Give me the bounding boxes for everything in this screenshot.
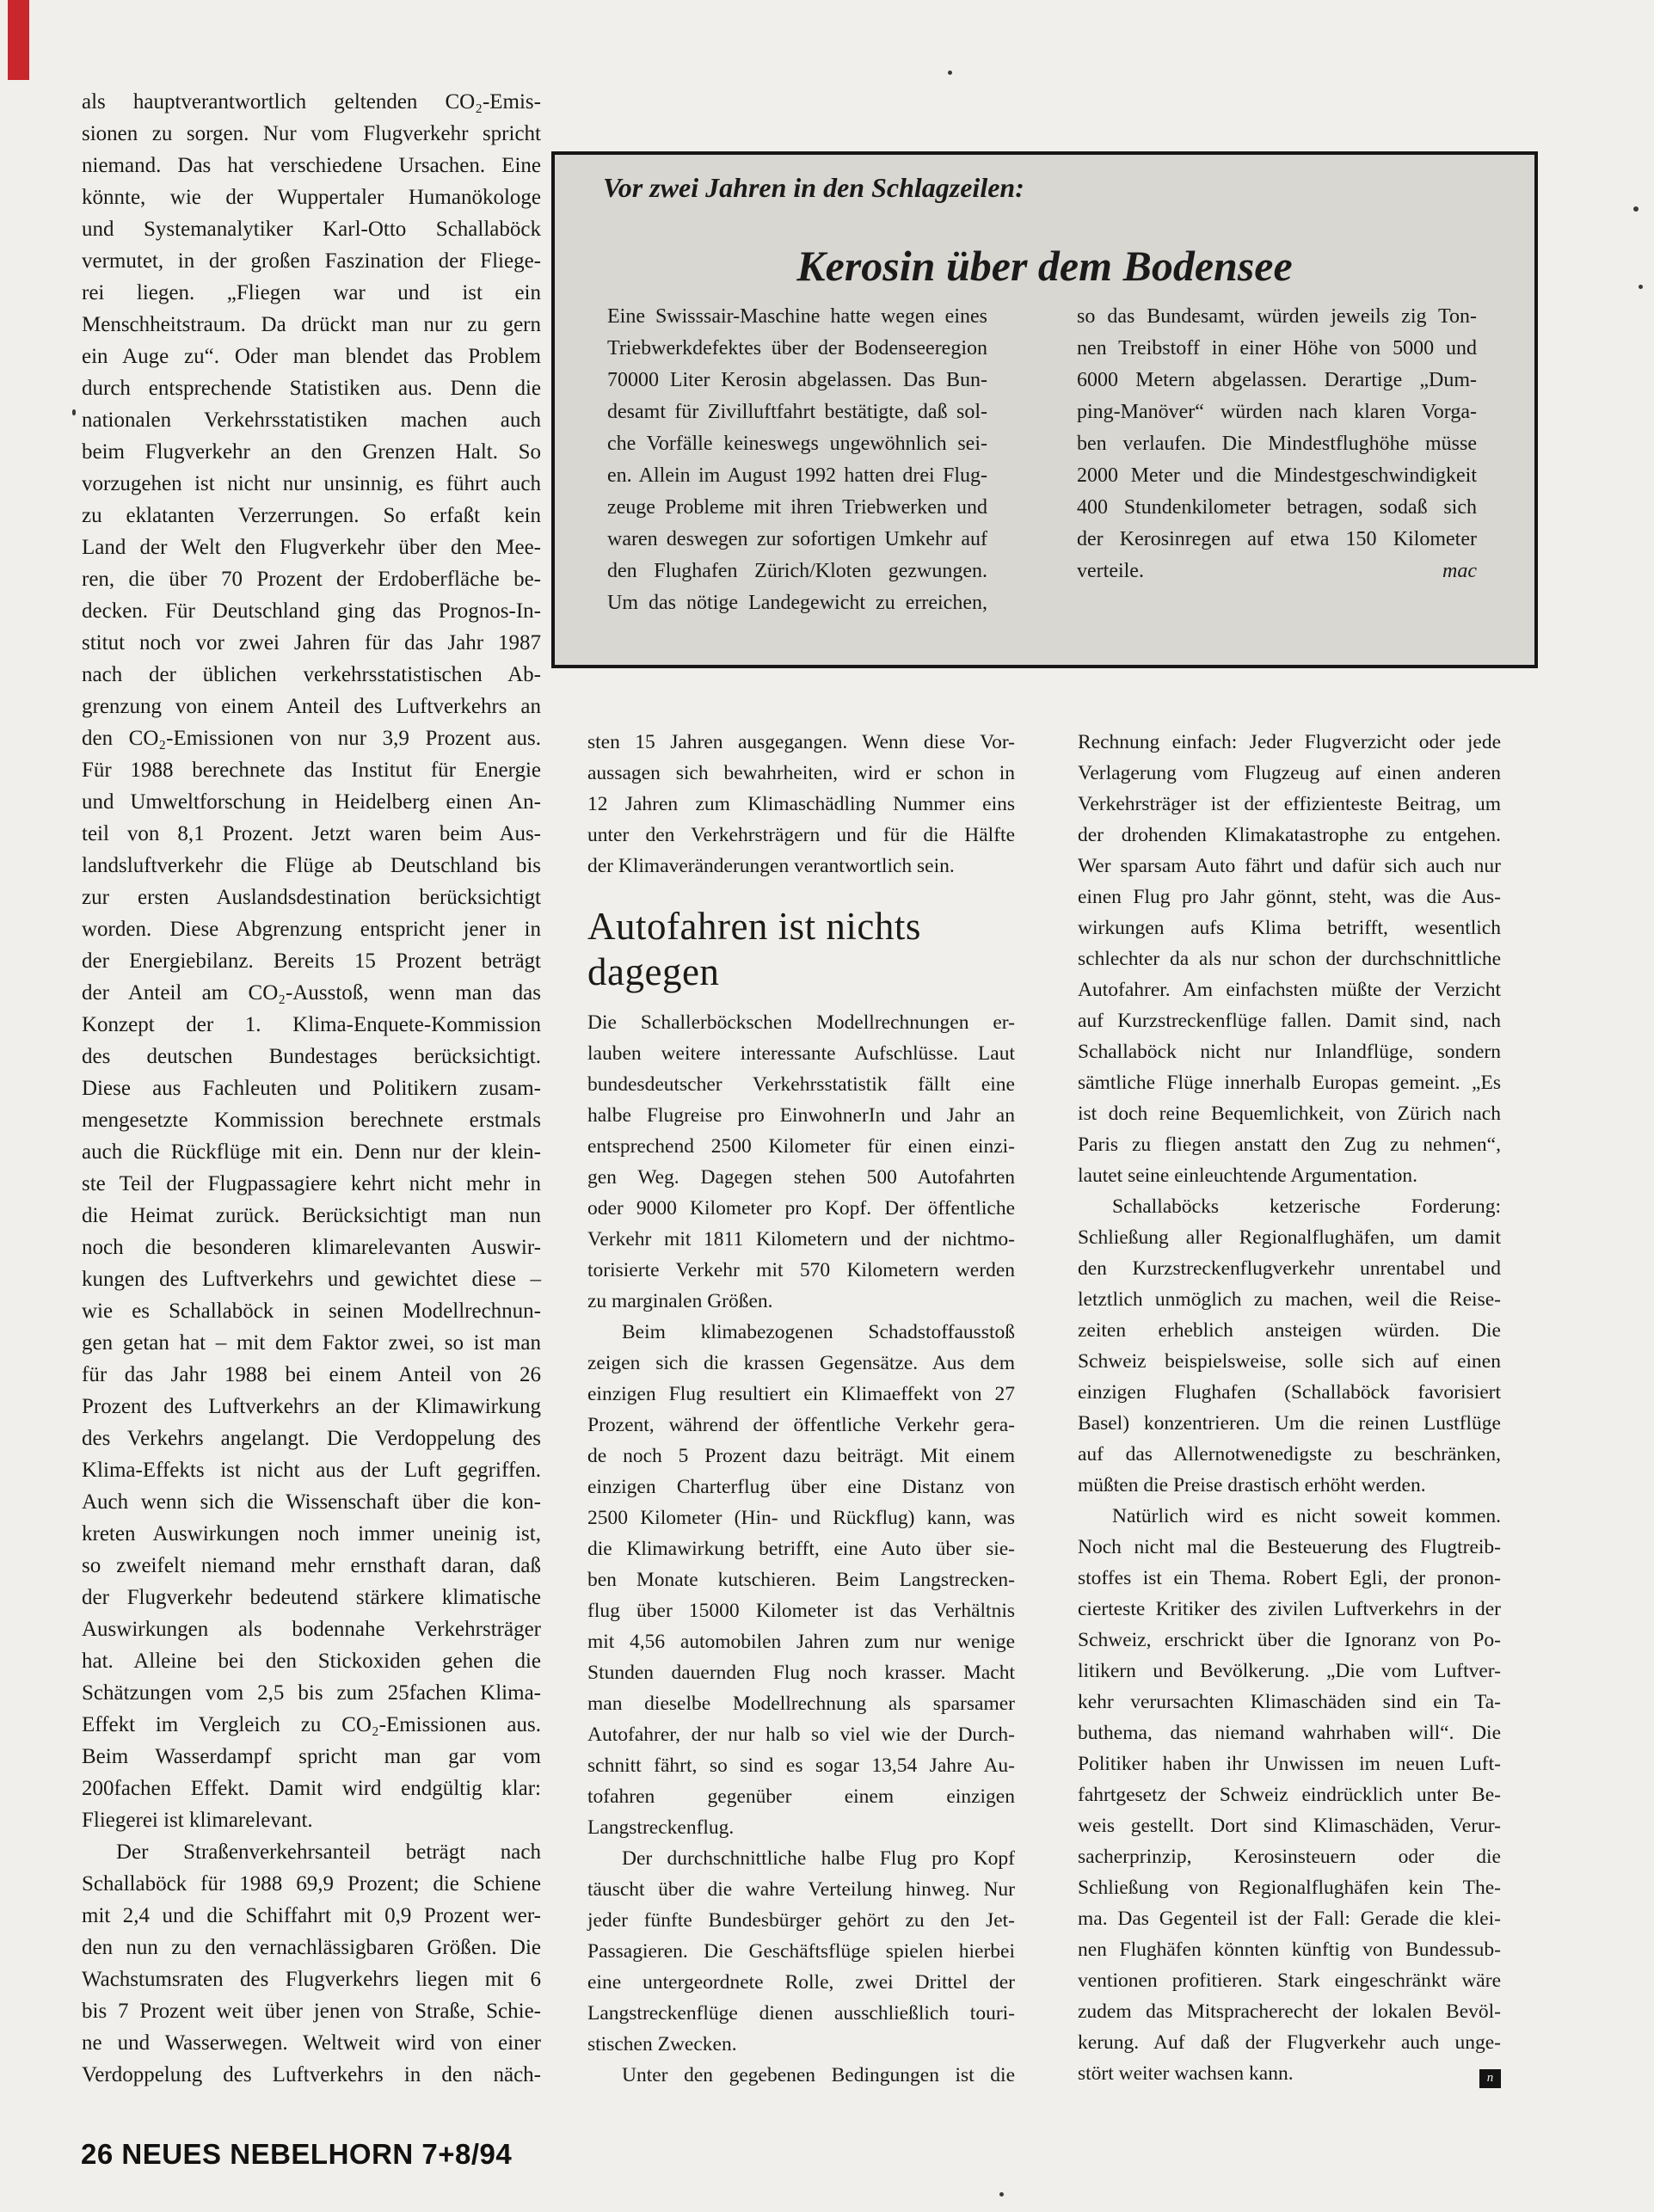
section-heading: Autofahren ist nichts dagegen (587, 904, 1015, 995)
text-line: müßten die Preise drastisch erhöht werde… (1078, 1470, 1501, 1501)
text-line: ste Teil der Flugpassagiere kehrt nicht … (82, 1168, 541, 1200)
text-line: Fliegerei ist klimarelevant. (82, 1804, 541, 1836)
text-line: eine untergeordnete Rolle, zwei Drittel … (587, 1967, 1015, 1998)
text-line: ping-Manöver“ würden nach klaren Vorga- (1077, 396, 1477, 428)
text-line: zeigen sich die krassen Gegensätze. Aus … (587, 1348, 1015, 1379)
text-line: grenzung von einem Anteil des Luftverkeh… (82, 691, 541, 722)
text-line: tofahren gegenüber einem einzigen (587, 1781, 1015, 1812)
middle-column: sten 15 Jahren ausgegangen. Wenn diese V… (587, 727, 1015, 2091)
text-line: kerung. Auf daß der Flugverkehr auch ung… (1078, 2027, 1501, 2058)
text-line: Triebwerkdefektes über der Bodenseeregio… (607, 333, 987, 365)
text-line: Prozent des Luftverkehrs an der Klimawir… (82, 1391, 541, 1422)
text-line: nach der üblichen verkehrsstatistischen … (82, 659, 541, 691)
text-line: Der durchschnittliche halbe Flug pro Kop… (587, 1843, 1015, 1874)
text-line: stoffes ist ein Thema. Robert Egli, der … (1078, 1563, 1501, 1594)
text-line: auf Kurzstreckenflüge fallen. Damit sind… (1078, 1005, 1501, 1036)
text-line: worden. Diese Abgrenzung entspricht jene… (82, 913, 541, 945)
text-line: und Umweltforschung in Heidelberg einen … (82, 786, 541, 818)
text-line: litikern und Bevölkerung. „Die vom Luftv… (1078, 1656, 1501, 1687)
text-line: Auswirkungen als bodennahe Verkehrsträge… (82, 1613, 541, 1645)
text-line: Autofahrer, der nur halb so viel wie der… (587, 1719, 1015, 1750)
left-column: als hauptverantwortlich geltenden CO₂-Em… (82, 86, 541, 2091)
text-line: ein Auge zu“. Oder man blendet das Probl… (82, 341, 541, 372)
text-line: Prozent, während der öffentliche Verkehr… (587, 1410, 1015, 1441)
text-line: Autofahrer. Am einfachsten müßte der Ver… (1078, 974, 1501, 1005)
scan-speck (72, 409, 76, 415)
text-line: den Kurzstreckenflugverkehr unrentabel u… (1078, 1253, 1501, 1284)
text-line: Der Straßenverkehrsanteil beträgt nach (82, 1836, 541, 1868)
text-line: zeiten erheblich ansteigen würden. Die (1078, 1315, 1501, 1346)
scan-speck (999, 2192, 1004, 2197)
text-line: unter den Verkehrsträgern und für die Hä… (587, 820, 1015, 851)
text-line: einzigen Flughafen (Schallaböck favorisi… (1078, 1377, 1501, 1408)
right-column: Rechnung einfach: Jeder Flugverzicht ode… (1078, 727, 1501, 2089)
text-line: kehr verursachten Klimaschäden sind ein … (1078, 1687, 1501, 1717)
text-line: fahrtgesetz der Schweiz eindrücklich unt… (1078, 1779, 1501, 1810)
text-line: zu eklatanten Verzerrungen. So erfaßt ke… (82, 500, 541, 531)
text-line: 70000 Liter Kerosin abgelassen. Das Bun- (607, 365, 987, 396)
left-column-paragraph-2: Der Straßenverkehrsanteil beträgt nachSc… (82, 1836, 541, 2091)
box-last-line: verteile. mac (1077, 556, 1477, 587)
text-line: 12 Jahren zum Klimaschädling Nummer eins (587, 789, 1015, 820)
text-line: nen Flughäfen könnten künftig von Bundes… (1078, 1934, 1501, 1965)
text-line: mengesetzte Kommission berechnete erstma… (82, 1104, 541, 1136)
middle-paragraph-4: Der durchschnittliche halbe Flug pro Kop… (587, 1843, 1015, 2060)
text-line: entsprechend 2500 Kilometer für einen ei… (587, 1131, 1015, 1162)
text-line: Beim klimabezogenen Schadstoffausstoß (587, 1317, 1015, 1348)
text-line: die Klimawirkung betrifft, eine Auto übe… (587, 1533, 1015, 1564)
text-line: halbe Flugreise pro EinwohnerIn und Jahr… (587, 1100, 1015, 1131)
text-line: Wer sparsam Auto fährt und dafür sich au… (1078, 851, 1501, 882)
text-line: auch die Rückflüge mit ein. Denn nur der… (82, 1136, 541, 1168)
text-line: so zweifelt niemand mehr ernsthaft daran… (82, 1550, 541, 1582)
box-title: Kerosin über dem Bodensee (555, 241, 1534, 291)
text-line: zur ersten Auslandsdestination berücksic… (82, 882, 541, 913)
text-line: ben verlaufen. Die Mindestflughöhe müsse (1077, 428, 1477, 460)
text-line: schnitt fährt, so sind es sogar 13,54 Ja… (587, 1750, 1015, 1781)
text-line: 200fachen Effekt. Damit wird endgültig k… (82, 1773, 541, 1804)
text-line: sten 15 Jahren ausgegangen. Wenn diese V… (587, 727, 1015, 758)
text-line: Verdoppelung des Luftverkehrs in den näc… (82, 2059, 541, 2091)
text-line: bundesdeutscher Verkehrsstatistik fällt … (587, 1069, 1015, 1100)
section-heading-line-1: Autofahren ist nichts (587, 904, 1015, 949)
text-line: 400 Stundenkilometer betragen, sodaß sic… (1077, 492, 1477, 524)
text-line: letztlich unmöglich zu machen, weil die … (1078, 1284, 1501, 1315)
text-line: torisierte Verkehr mit 570 Kilometern we… (587, 1255, 1015, 1286)
text-line: che Vorfälle keineswegs ungewöhnlich sei… (607, 428, 987, 460)
text-line: Paris zu fliegen anstatt den Zug zu nehm… (1078, 1129, 1501, 1160)
text-line: der drohenden Klimakatastrophe zu entgeh… (1078, 820, 1501, 851)
text-line: mit 2,4 und die Schiffahrt mit 0,9 Proze… (82, 1900, 541, 1932)
article-last-words: stört weiter wachsen kann. (1078, 2058, 1294, 2089)
text-line: die Heimat zurück. Berücksichtigt man nu… (82, 1200, 541, 1232)
text-line: 2500 Kilometer (Hin- und Rückflug) kann,… (587, 1502, 1015, 1533)
text-line: Unter den gegebenen Bedingungen ist die (587, 2060, 1015, 2091)
text-line: desamt für Zivilluftfahrt bestätigte, da… (607, 396, 987, 428)
nebelhorn-end-mark-icon: n (1479, 2069, 1501, 2088)
text-line: de noch 5 Prozent dazu beiträgt. Mit ein… (587, 1441, 1015, 1472)
text-line: so das Bundesamt, würden jeweils zig Ton… (1077, 301, 1477, 333)
text-line: flug über 15000 Kilometer ist das Verhäl… (587, 1595, 1015, 1626)
text-line: stischen Zwecken. (587, 2029, 1015, 2060)
text-line: ne und Wasserwegen. Weltweit wird von ei… (82, 2027, 541, 2059)
text-line: lautet seine einleuchtende Argumentation… (1078, 1160, 1501, 1191)
text-line: der Energiebilanz. Bereits 15 Prozent be… (82, 945, 541, 977)
box-column-2-text: so das Bundesamt, würden jeweils zig Ton… (1077, 301, 1477, 556)
right-paragraph-3: Natürlich wird es nicht soweit kommen.No… (1078, 1501, 1501, 2058)
text-line: buthema, das niemand wahrhaben will“. Di… (1078, 1717, 1501, 1748)
text-line: rei liegen. „Fliegen war und ist ein (82, 277, 541, 309)
text-line: Passagieren. Die Geschäftsflüge spielen … (587, 1936, 1015, 1967)
box-column-2: so das Bundesamt, würden jeweils zig Ton… (1077, 301, 1477, 587)
text-line: noch die besonderen klimarelevanten Ausw… (82, 1232, 541, 1263)
text-line: Klima-Effekts ist nicht aus der Luft geg… (82, 1454, 541, 1486)
text-line: einen Flug pro Jahr gönnt, steht, was di… (1078, 882, 1501, 912)
left-column-paragraph-1: als hauptverantwortlich geltenden CO₂-Em… (82, 86, 541, 1836)
text-line: vermutet, in der großen Faszination der … (82, 245, 541, 277)
text-line: Um das nötige Landegewicht zu erreichen, (607, 587, 987, 619)
byline-mac: mac (1442, 556, 1477, 587)
text-line: Schweiz beispielsweise, solle sich auf e… (1078, 1346, 1501, 1377)
text-line: Stunden dauernden Flug noch krasser. Mac… (587, 1657, 1015, 1688)
text-line: ist doch reine Bequemlichkeit, von Züric… (1078, 1098, 1501, 1129)
highlight-box: Vor zwei Jahren in den Schlagzeilen: Ker… (551, 151, 1538, 668)
text-line: Schallaböck für 1988 69,9 Prozent; die S… (82, 1868, 541, 1900)
text-line: der Klimaveränderungen verantwortlich se… (587, 851, 1015, 882)
right-paragraph-1: Rechnung einfach: Jeder Flugverzicht ode… (1078, 727, 1501, 1191)
text-line: nen Treibstoff in einer Höhe von 5000 un… (1077, 333, 1477, 365)
text-line: Die Schallerböckschen Modellrechnungen e… (587, 1007, 1015, 1038)
text-line: ventionen profitieren. Stark eingeschrän… (1078, 1965, 1501, 1996)
text-line: Beim Wasserdampf spricht man gar vom (82, 1741, 541, 1773)
text-line: mit 4,56 automobilen Jahren zum nur weni… (587, 1626, 1015, 1657)
text-line: sionen zu sorgen. Nur vom Flugverkehr sp… (82, 118, 541, 150)
text-line: durch entsprechende Statistiken aus. Den… (82, 372, 541, 404)
middle-paragraph-3: Beim klimabezogenen Schadstoffausstoßzei… (587, 1317, 1015, 1843)
text-line: kreten Auswirkungen noch immer uneinig i… (82, 1518, 541, 1550)
text-line: vorzugehen ist nicht nur unsinnig, es fü… (82, 468, 541, 500)
text-line: zudem das Mitspracherecht der lokalen Be… (1078, 1996, 1501, 2027)
text-line: der Kerosinregen auf etwa 150 Kilometer (1077, 524, 1477, 556)
text-line: weis gestellt. Dort sind Klimaschäden, V… (1078, 1810, 1501, 1841)
text-line: Auch wenn sich die Wissenschaft über die… (82, 1486, 541, 1518)
text-line: ren, die über 70 Prozent der Erdoberfläc… (82, 563, 541, 595)
text-line: Diese aus Fachleuten und Politikern zusa… (82, 1072, 541, 1104)
text-line: 6000 Metern abgelassen. Derartige „Dum- (1077, 365, 1477, 396)
text-line: des deutschen Bundestages berücksichtigt… (82, 1041, 541, 1072)
text-line: Schallaböck nicht nur Inlandflüge, sonde… (1078, 1036, 1501, 1067)
text-line: nationalen Verkehrsstatistiken machen au… (82, 404, 541, 436)
text-line: Politiker haben ihr Unwissen im neuen Lu… (1078, 1748, 1501, 1779)
text-line: täuscht über die wahre Verteilung hinweg… (587, 1874, 1015, 1905)
text-line: Konzept der 1. Klima-Enquete-Kommission (82, 1009, 541, 1041)
section-heading-line-2: dagegen (587, 949, 1015, 995)
text-line: Verkehr mit 1811 Kilometern und der nich… (587, 1224, 1015, 1255)
middle-paragraph-5: Unter den gegebenen Bedingungen ist die (587, 2060, 1015, 2091)
text-line: einzigen Charterflug über eine Distanz v… (587, 1472, 1015, 1502)
text-line: wie es Schallaböck in seinen Modellrechn… (82, 1295, 541, 1327)
text-line: Langstreckenflüge dienen ausschließlich … (587, 1998, 1015, 2029)
text-line: Schließung aller Regionalflughäfen, um d… (1078, 1222, 1501, 1253)
box-kicker: Vor zwei Jahren in den Schlagzeilen: (603, 172, 1024, 204)
text-line: sämtliche Flüge innerhalb Europas gemein… (1078, 1067, 1501, 1098)
text-line: den CO₂-Emissionen von nur 3,9 Prozent a… (82, 722, 541, 754)
text-line: teil von 8,1 Prozent. Jetzt waren beim A… (82, 818, 541, 850)
text-line: Für 1988 berechnete das Institut für Ene… (82, 754, 541, 786)
middle-paragraph-2: Die Schallerböckschen Modellrechnungen e… (587, 1007, 1015, 1317)
text-line: Menschheitstraum. Da drückt man nur zu g… (82, 309, 541, 341)
text-line: für das Jahr 1988 bei einem Anteil von 2… (82, 1359, 541, 1391)
text-line: landsluftverkehr die Flüge ab Deutschlan… (82, 850, 541, 882)
text-line: als hauptverantwortlich geltenden CO₂-Em… (82, 86, 541, 118)
text-line: Wachstumsraten des Flugverkehrs liegen m… (82, 1963, 541, 1995)
text-line: gen Weg. Dagegen stehen 500 Autofahrten (587, 1162, 1015, 1193)
scan-speck (1633, 206, 1639, 212)
text-line: Eine Swisssair-Maschine hatte wegen eine… (607, 301, 987, 333)
text-line: der Flugverkehr bedeutend stärkere klima… (82, 1582, 541, 1613)
text-line: den Flughafen Zürich/Kloten gezwungen. (607, 556, 987, 587)
text-line: waren deswegen zur sofortigen Umkehr auf (607, 524, 987, 556)
text-line: aussagen sich bewahrheiten, wird er scho… (587, 758, 1015, 789)
scan-speck (948, 71, 952, 75)
text-line: stitut noch vor zwei Jahren für das Jahr… (82, 627, 541, 659)
text-line: Noch nicht mal die Besteuerung des Flugt… (1078, 1532, 1501, 1563)
scan-speck (1639, 285, 1643, 289)
text-line: Langstreckenflug. (587, 1812, 1015, 1843)
text-line: Rechnung einfach: Jeder Flugverzicht ode… (1078, 727, 1501, 758)
text-line: Basel) konzentrieren. Um die reinen Lust… (1078, 1408, 1501, 1439)
text-line: sacherprinzip, Kerosinsteuern oder die (1078, 1841, 1501, 1872)
text-line: Schließung von Regionalflughäfen kein Th… (1078, 1872, 1501, 1903)
middle-paragraph-1: sten 15 Jahren ausgegangen. Wenn diese V… (587, 727, 1015, 882)
magazine-page: als hauptverantwortlich geltenden CO₂-Em… (0, 0, 1654, 2212)
text-line: einzigen Flug resultiert ein Klimaeffekt… (587, 1379, 1015, 1410)
box-last-words: verteile. (1077, 556, 1144, 587)
text-line: ma. Das Gegenteil ist der Fall: Gerade d… (1078, 1903, 1501, 1934)
text-line: oder 9000 Kilometer pro Kopf. Der öffent… (587, 1193, 1015, 1224)
red-margin-mark (8, 0, 29, 80)
text-line: cierteste Kritiker des zivilen Luftverke… (1078, 1594, 1501, 1625)
text-line: ben Monate kutschieren. Beim Langstrecke… (587, 1564, 1015, 1595)
text-line: und Systemanalytiker Karl-Otto Schallabö… (82, 213, 541, 245)
text-line: 2000 Meter und die Mindestgeschwindigkei… (1077, 460, 1477, 492)
text-line: auf das Allernotwenedigste zu beschränke… (1078, 1439, 1501, 1470)
text-line: Schallaböcks ketzerische Forderung: (1078, 1191, 1501, 1222)
text-line: Land der Welt den Flugverkehr über den M… (82, 531, 541, 563)
text-line: Effekt im Vergleich zu CO₂-Emissionen au… (82, 1709, 541, 1741)
text-line: lauben weitere interessante Aufschlüsse.… (587, 1038, 1015, 1069)
text-line: beim Flugverkehr an den Grenzen Halt. So (82, 436, 541, 468)
text-line: zeuge Probleme mit ihren Triebwerken und (607, 492, 987, 524)
text-line: hat. Alleine bei den Stickoxiden gehen d… (82, 1645, 541, 1677)
text-line: des Verkehrs angelangt. Die Verdoppelung… (82, 1422, 541, 1454)
text-line: wirkungen aufs Klima betrifft, wesentlic… (1078, 912, 1501, 943)
page-footer: 26 NEUES NEBELHORN 7+8/94 (81, 2138, 512, 2171)
text-line: en. Allein im August 1992 hatten drei Fl… (607, 460, 987, 492)
text-line: niemand. Das hat verschiedene Ursachen. … (82, 150, 541, 181)
text-line: Schätzungen vom 2,5 bis zum 25fachen Kli… (82, 1677, 541, 1709)
article-last-line: stört weiter wachsen kann. n (1078, 2058, 1501, 2089)
text-line: kungen des Luftverkehrs und gewichtet di… (82, 1263, 541, 1295)
text-line: den nun zu den vernachlässigbaren Größen… (82, 1932, 541, 1963)
text-line: jeder fünfte Bundesbürger gehört zu den … (587, 1905, 1015, 1936)
text-line: schlechter da als nur schon der durchsch… (1078, 943, 1501, 974)
text-line: gen getan hat – mit dem Faktor zwei, so … (82, 1327, 541, 1359)
text-line: zu marginalen Größen. (587, 1286, 1015, 1317)
text-line: Schweiz, erschrickt über die Ignoranz vo… (1078, 1625, 1501, 1656)
text-line: bis 7 Prozent weit über jenen von Straße… (82, 1995, 541, 2027)
right-paragraph-2: Schallaböcks ketzerische Forderung:Schli… (1078, 1191, 1501, 1501)
text-line: Verlagerung vom Flugzeug auf einen ander… (1078, 758, 1501, 789)
text-line: der Anteil am CO₂-Ausstoß, wenn man das (82, 977, 541, 1009)
box-column-1: Eine Swisssair-Maschine hatte wegen eine… (607, 301, 987, 619)
text-line: Natürlich wird es nicht soweit kommen. (1078, 1501, 1501, 1532)
text-line: Verkehrsträger ist der effizienteste Bei… (1078, 789, 1501, 820)
text-line: decken. Für Deutschland ging das Prognos… (82, 595, 541, 627)
text-line: man dieselbe Modellrechnung als sparsame… (587, 1688, 1015, 1719)
text-line: könnte, wie der Wuppertaler Humanökologe (82, 181, 541, 213)
